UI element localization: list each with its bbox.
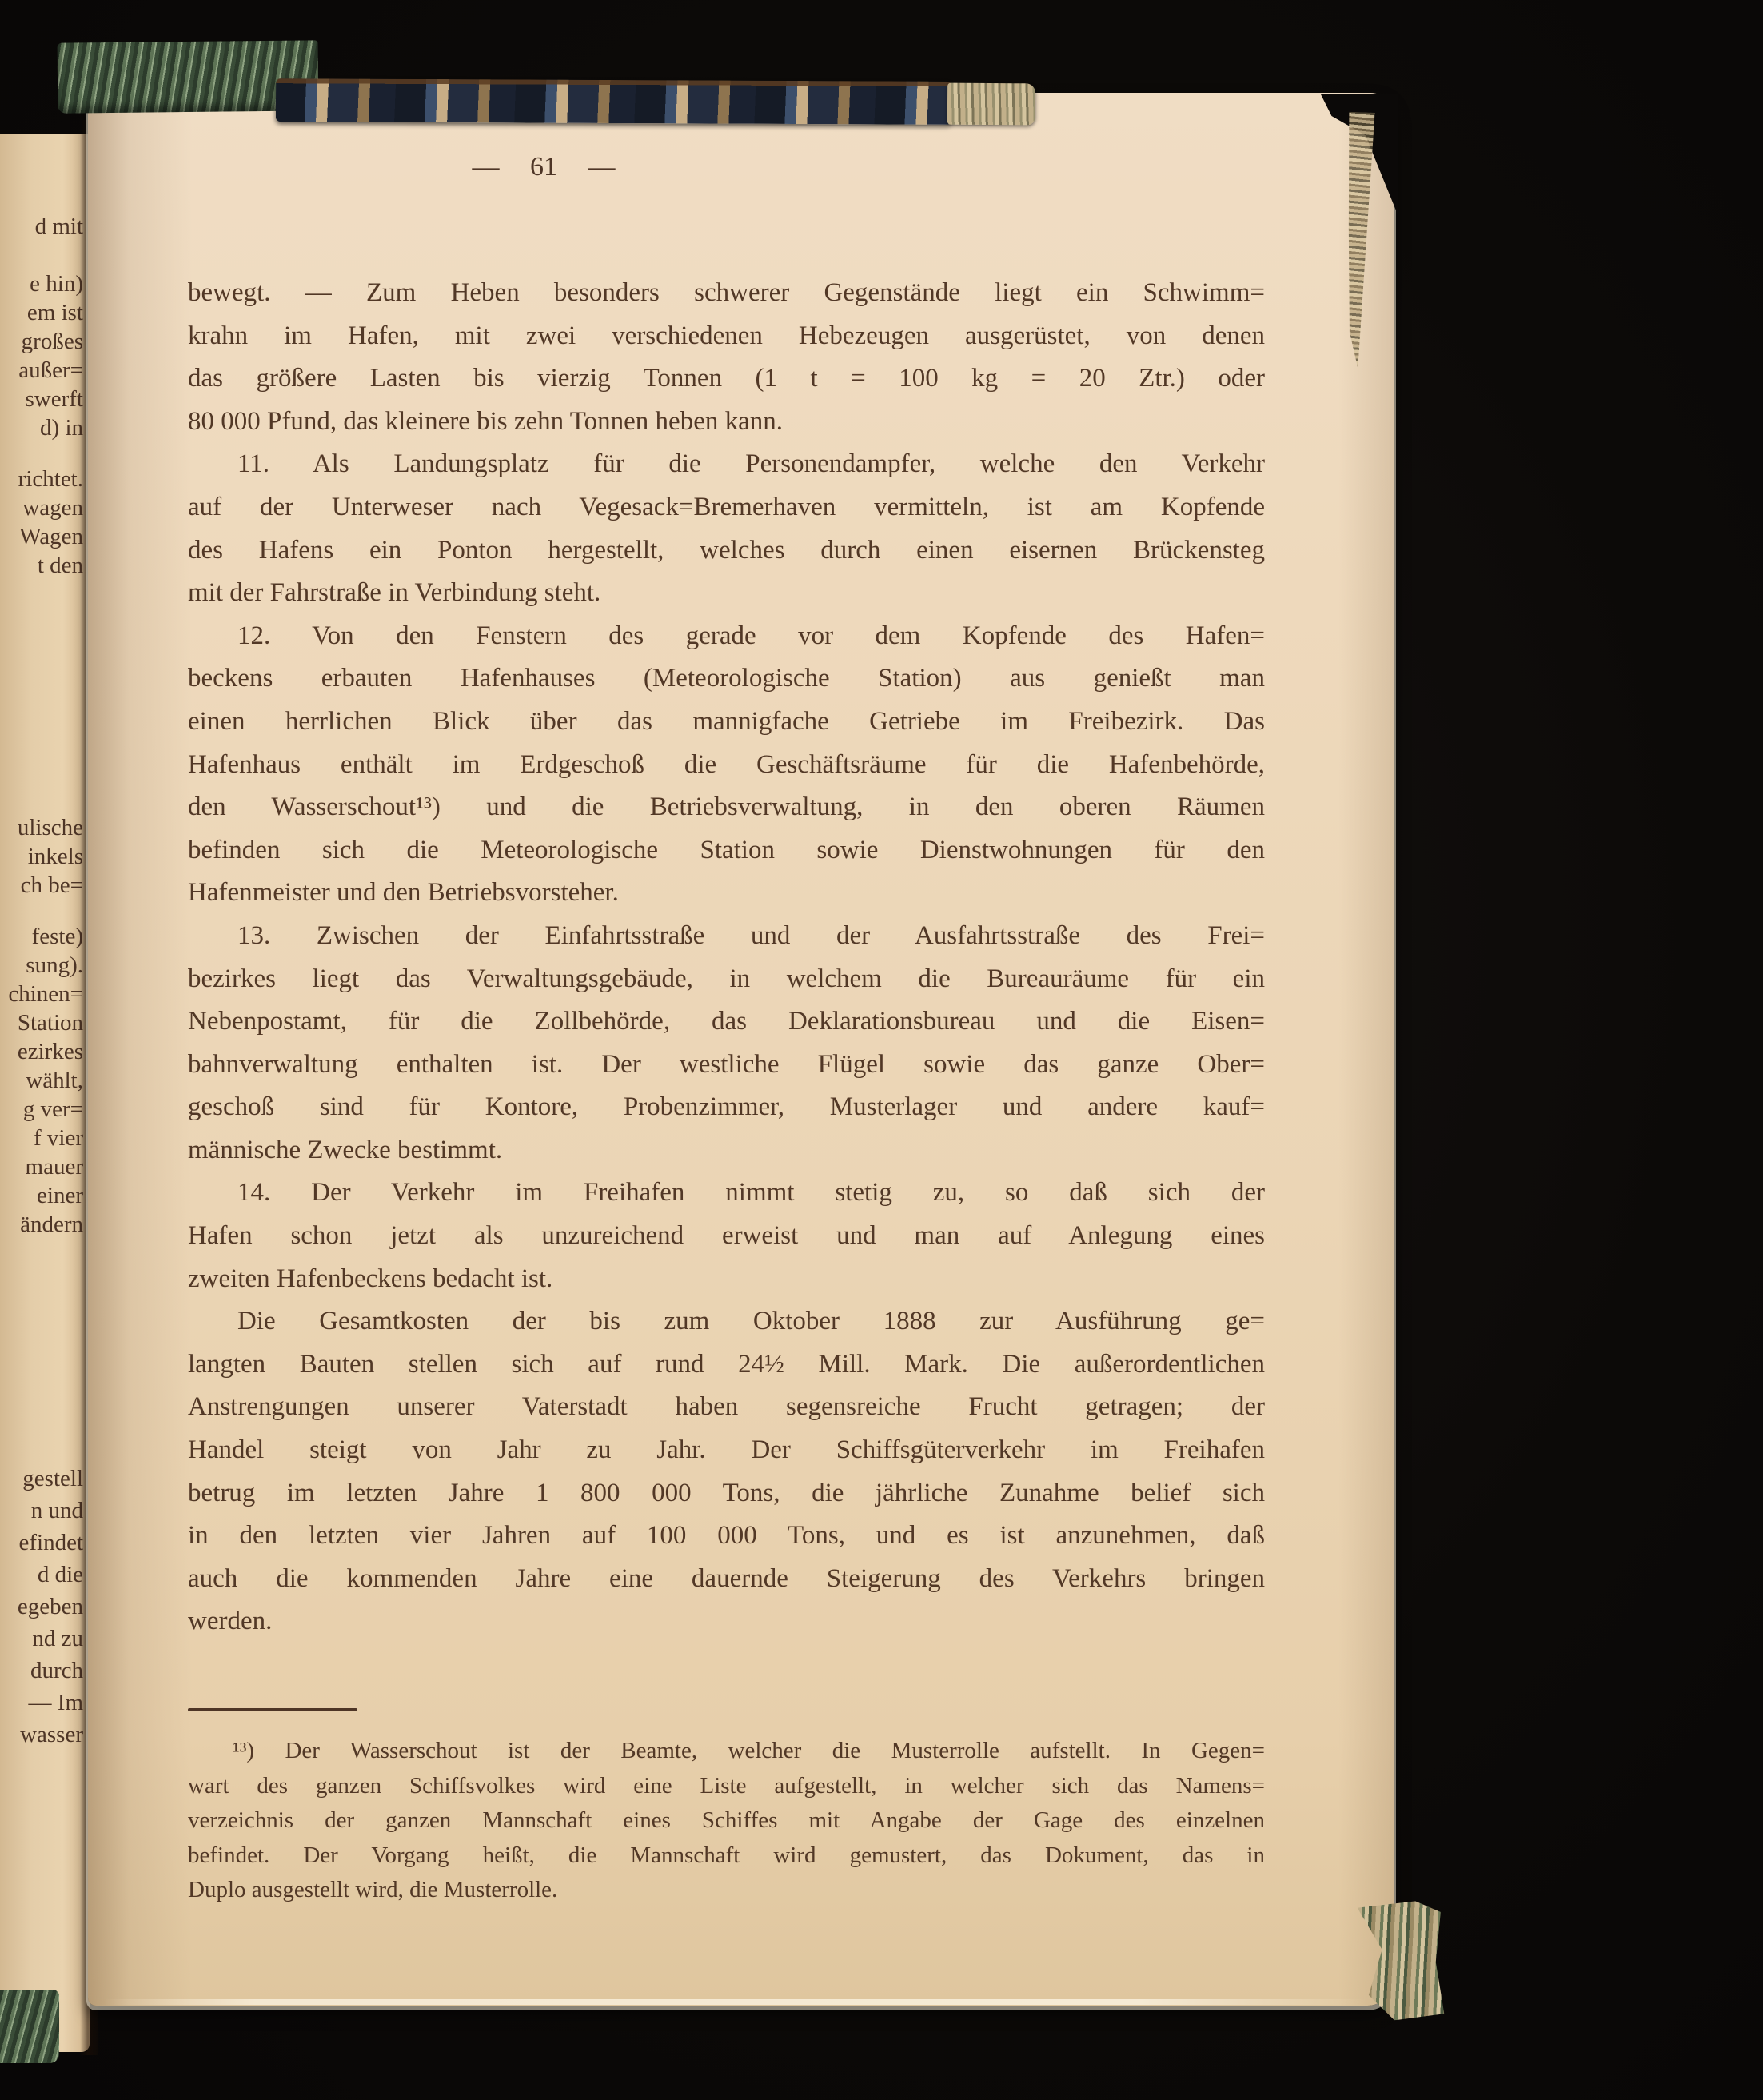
- text-line: Die Gesamtkosten der bis zum Oktober 188…: [188, 1300, 1265, 1343]
- text-line: langten Bauten stellen sich auf rund 24½…: [188, 1343, 1265, 1387]
- left-page-line-fragment: f vier: [34, 1124, 83, 1152]
- left-page-line-fragment: swerft: [26, 385, 83, 413]
- text-line: bewegt. — Zum Heben besonders schwerer G…: [188, 272, 1265, 315]
- left-page-line-fragment: d) in: [40, 414, 83, 441]
- left-page-line-fragment: Wagen: [19, 523, 83, 550]
- frayed-edge-top: [947, 83, 1035, 126]
- book-photo: d mite hin)em istgroßesaußer=swerftd) in…: [0, 0, 1763, 2100]
- text-line: Nebenpostamt, für die Zollbehörde, das D…: [188, 1000, 1265, 1044]
- text-line: des Hafens ein Ponton hergestellt, welch…: [188, 529, 1265, 573]
- left-page-line-fragment: mauer: [26, 1153, 83, 1180]
- text-line: Anstrengungen unserer Vaterstadt haben s…: [188, 1386, 1265, 1429]
- left-page-line-fragment: außer=: [18, 357, 83, 384]
- left-page-line-fragment: d die: [38, 1561, 83, 1588]
- paragraph: 11. Als Landungsplatz für die Personenda…: [188, 443, 1265, 614]
- text-line: auf der Unterweser nach Vegesack=Bremerh…: [188, 486, 1265, 529]
- left-page-line-fragment: d mit: [35, 213, 83, 240]
- text-line: 13. Zwischen der Einfahrtsstraße und der…: [188, 915, 1265, 958]
- left-page-line-fragment: em ist: [27, 299, 83, 326]
- text-line: wart des ganzen Schiffsvolkes wird eine …: [188, 1769, 1265, 1804]
- text-line: krahn im Hafen, mit zwei verschiedenen H…: [188, 315, 1265, 358]
- left-page-line-fragment: inkels: [28, 843, 83, 870]
- left-page-line-fragment: wählt,: [26, 1067, 83, 1094]
- text-line: auch die kommenden Jahre eine dauernde S…: [188, 1558, 1265, 1601]
- left-page-line-fragment: egeben: [18, 1593, 83, 1620]
- text-line: geschoß sind für Kontore, Probenzimmer, …: [188, 1086, 1265, 1129]
- paragraph: 13. Zwischen der Einfahrtsstraße und der…: [188, 915, 1265, 1172]
- text-line: den Wasserschout¹³) und die Betriebsverw…: [188, 786, 1265, 829]
- text-line: 11. Als Landungsplatz für die Personenda…: [188, 443, 1265, 486]
- left-page-line-fragment: n und: [31, 1497, 83, 1524]
- left-page-line-fragment: Station: [18, 1009, 83, 1036]
- left-page-line-fragment: ezirkes: [18, 1038, 83, 1065]
- text-line: 12. Von den Fenstern des gerade vor dem …: [188, 615, 1265, 658]
- text-line: Duplo ausgestellt wird, die Musterrolle.: [188, 1873, 1265, 1908]
- page-number: — 61 —: [424, 152, 664, 182]
- text-line: männische Zwecke bestimmt.: [188, 1129, 1265, 1172]
- text-line: betrug im letzten Jahre 1 800 000 Tons, …: [188, 1472, 1265, 1515]
- binding-cloth-bottom-left: [0, 1990, 59, 2063]
- text-line: 80 000 Pfund, das kleinere bis zehn Tonn…: [188, 401, 1265, 444]
- text-line: mit der Fahrstraße in Verbindung steht.: [188, 572, 1265, 615]
- text-line: Hafenmeister und den Betriebsvorsteher.: [188, 872, 1265, 915]
- text-line: Hafen schon jetzt als unzureichend erwei…: [188, 1215, 1265, 1258]
- left-page-line-fragment: durch: [30, 1657, 83, 1684]
- text-line: das größere Lasten bis vierzig Tonnen (1…: [188, 357, 1265, 401]
- text-line: ¹³) Der Wasserschout ist der Beamte, wel…: [188, 1734, 1265, 1769]
- text-line: werden.: [188, 1600, 1265, 1643]
- paragraph: 14. Der Verkehr im Freihafen nimmt steti…: [188, 1172, 1265, 1300]
- text-line: einen herrlichen Blick über das mannigfa…: [188, 701, 1265, 744]
- left-page-line-fragment: großes: [22, 328, 83, 355]
- text-line: befinden sich die Meteorologische Statio…: [188, 829, 1265, 872]
- left-page-line-fragment: feste): [32, 923, 83, 950]
- left-page-line-fragment: richtet.: [18, 465, 83, 493]
- text-line: in den letzten vier Jahren auf 100 000 T…: [188, 1515, 1265, 1558]
- text-line: verzeichnis der ganzen Mannschaft eines …: [188, 1803, 1265, 1838]
- book-page: — 61 — bewegt. — Zum Heben besonders sch…: [88, 93, 1394, 2006]
- text-line: zweiten Hafenbeckens bedacht ist.: [188, 1258, 1265, 1301]
- left-page-line-fragment: gestell: [22, 1465, 83, 1492]
- text-line: Handel steigt von Jahr zu Jahr. Der Schi…: [188, 1429, 1265, 1472]
- text-line: bahnverwaltung enthalten ist. Der westli…: [188, 1044, 1265, 1087]
- left-page-line-fragment: sung).: [26, 952, 83, 979]
- left-page-line-fragment: efindet: [18, 1529, 83, 1556]
- left-page-line-fragment: g ver=: [23, 1096, 83, 1123]
- text-line: befindet. Der Vorgang heißt, die Mannsch…: [188, 1838, 1265, 1874]
- left-page-line-fragment: — Im: [29, 1689, 83, 1716]
- footnote-separator-rule: [188, 1708, 357, 1711]
- text-line: Hafenhaus enthält im Erdgeschoß die Gesc…: [188, 744, 1265, 787]
- footnote-block: ¹³) Der Wasserschout ist der Beamte, wel…: [188, 1734, 1265, 1908]
- paragraph: Die Gesamtkosten der bis zum Oktober 188…: [188, 1300, 1265, 1643]
- left-page-line-fragment: ändern: [20, 1211, 83, 1238]
- page-edge-highlight: [104, 1999, 1367, 2005]
- text-line: 14. Der Verkehr im Freihafen nimmt steti…: [188, 1172, 1265, 1215]
- text-line: beckens erbauten Hafenhauses (Meteorolog…: [188, 657, 1265, 701]
- left-page-line-fragment: wasser: [20, 1721, 83, 1748]
- paragraph: bewegt. — Zum Heben besonders schwerer G…: [188, 272, 1265, 443]
- facing-page-edge: d mite hin)em istgroßesaußer=swerftd) in…: [0, 134, 90, 2052]
- left-page-line-fragment: wagen: [22, 494, 83, 521]
- left-page-line-fragment: t den: [38, 552, 83, 579]
- text-block: bewegt. — Zum Heben besonders schwerer G…: [188, 272, 1265, 1643]
- marbled-page-edge: [276, 78, 951, 125]
- paragraph: 12. Von den Fenstern des gerade vor dem …: [188, 615, 1265, 915]
- left-page-line-fragment: e hin): [30, 270, 83, 297]
- text-line: bezirkes liegt das Verwaltungsgebäude, i…: [188, 958, 1265, 1001]
- left-page-line-fragment: einer: [37, 1182, 83, 1209]
- left-page-line-fragment: ulische: [18, 814, 83, 841]
- left-page-line-fragment: nd zu: [32, 1625, 83, 1652]
- left-page-line-fragment: chinen=: [8, 980, 83, 1008]
- left-page-line-fragment: ch be=: [21, 872, 83, 899]
